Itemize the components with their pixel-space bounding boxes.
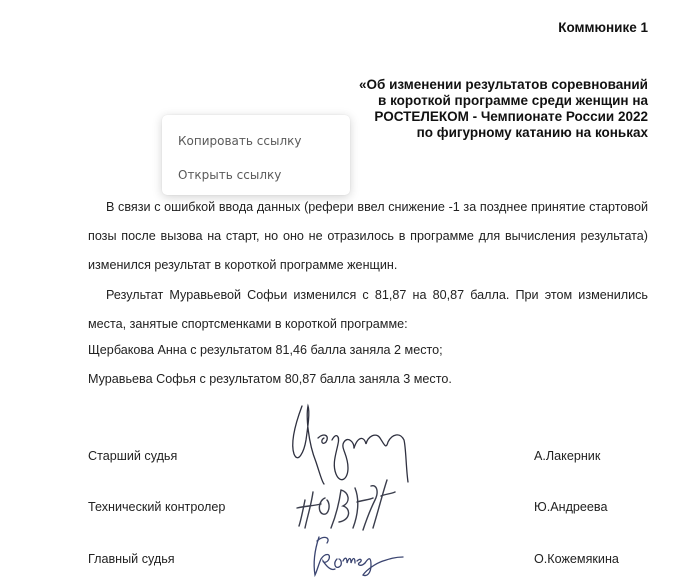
signatory-name: О.Кожемякина (534, 552, 619, 566)
placement-line: Щербакова Анна с результатом 81,46 балла… (88, 343, 443, 357)
paragraph-result-change: Результат Муравьевой Софьи изменился с 8… (88, 281, 648, 339)
signature-kozhemyakina-icon (305, 533, 405, 578)
title-line: в короткой программе среди женщин на (359, 93, 648, 109)
communique-label: Коммюнике 1 (558, 20, 648, 35)
title-line: РОСТЕЛЕКОМ - Чемпионате России 2022 (359, 109, 648, 125)
menu-item-open-link[interactable]: Открыть ссылку (162, 158, 350, 192)
document-title: «Об изменении результатов соревнований в… (359, 77, 648, 141)
signatory-role: Старший судья (88, 449, 177, 463)
signatory-name: Ю.Андреева (534, 500, 608, 514)
context-menu: Копировать ссылку Открыть ссылку (162, 115, 350, 195)
document-page: Коммюнике 1 «Об изменении результатов со… (0, 0, 676, 578)
signatory-role: Главный судья (88, 552, 175, 566)
menu-item-copy-link[interactable]: Копировать ссылку (162, 124, 350, 158)
title-line: по фигурному катанию на коньках (359, 125, 648, 141)
paragraph-error-explanation: В связи с ошибкой ввода данных (рефери в… (88, 193, 648, 280)
signatory-name: А.Лакерник (534, 449, 600, 463)
placement-line: Муравьева Софья с результатом 80,87 балл… (88, 372, 452, 386)
signature-lakernik-icon (288, 402, 418, 487)
title-line: «Об изменении результатов соревнований (359, 77, 648, 93)
signature-andreeva-icon (295, 478, 405, 533)
signatory-role: Технический контролер (88, 500, 225, 514)
